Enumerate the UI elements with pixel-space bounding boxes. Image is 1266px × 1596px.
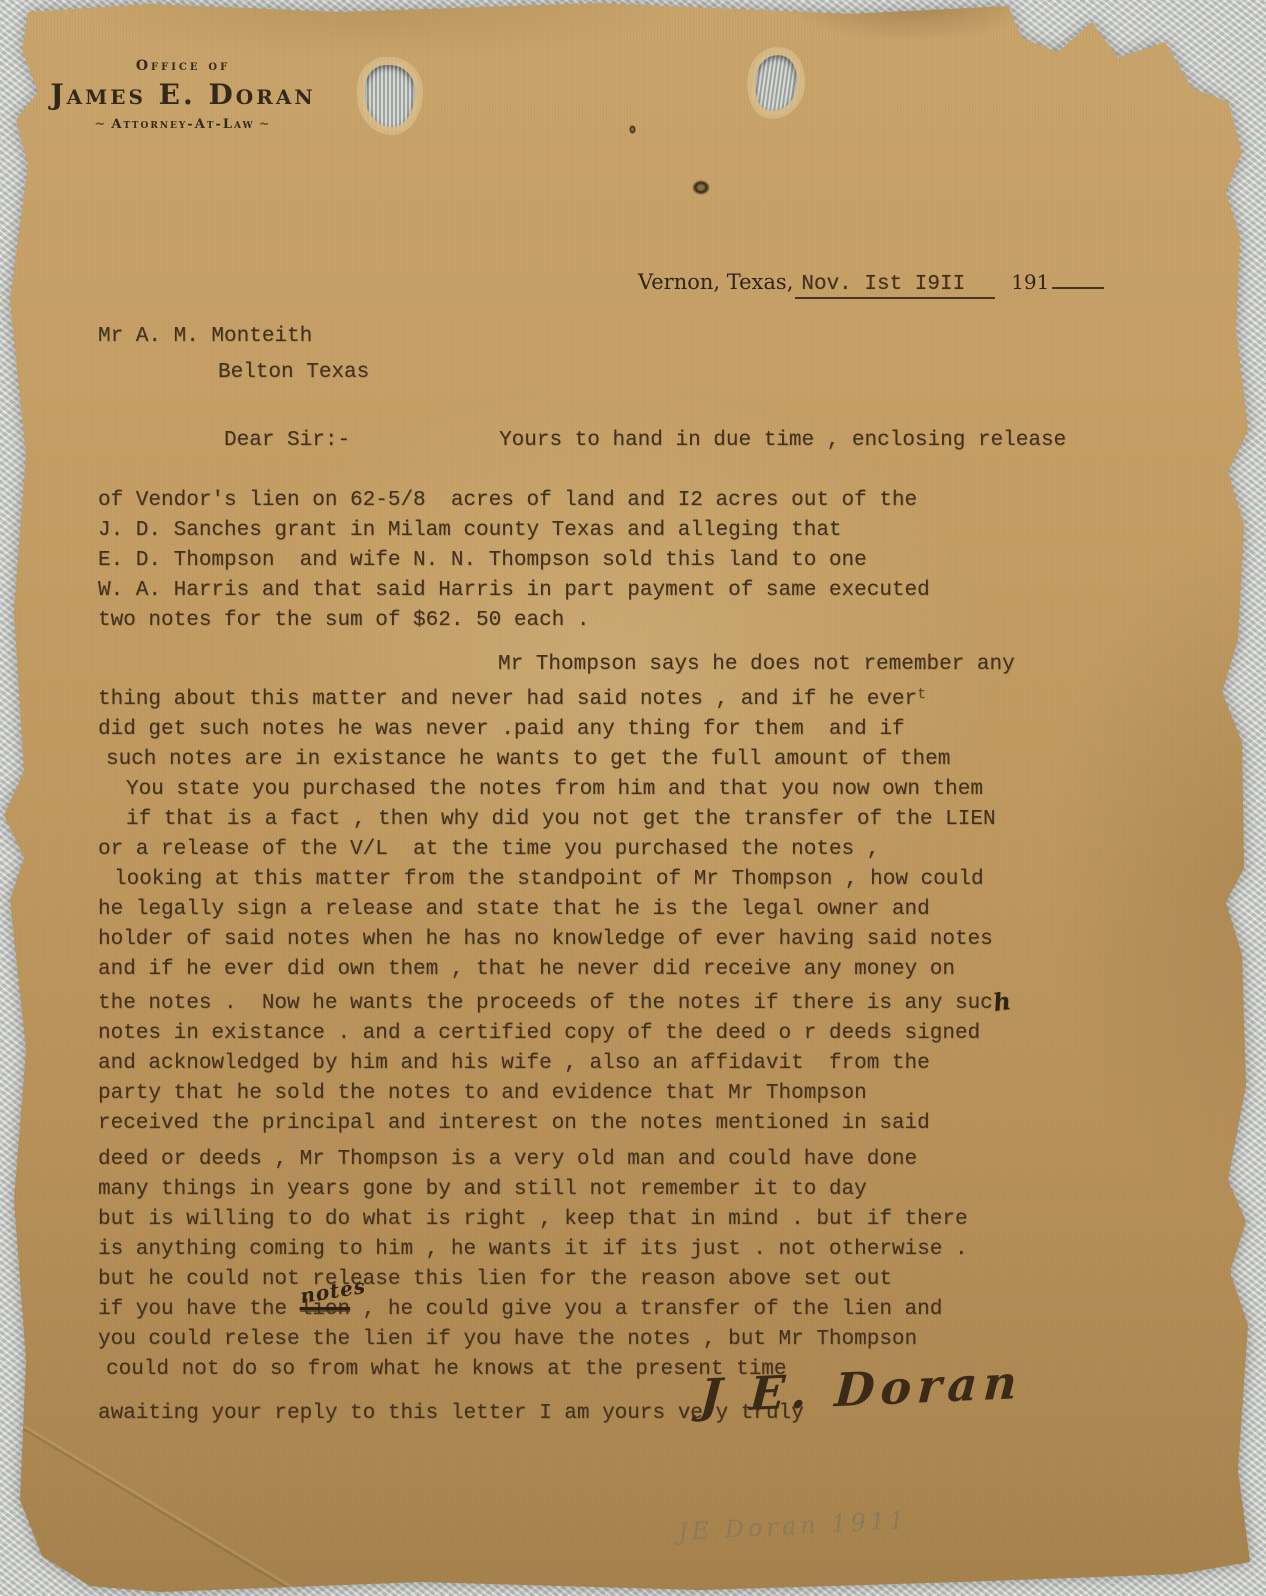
letterhead-office-of: Office of [48, 58, 318, 74]
body-line: but is willing to do what is right , kee… [98, 1205, 1158, 1235]
dateline-year-prefix: 191 [1011, 270, 1049, 294]
ink-dot-icon [629, 125, 636, 134]
body-line: looking at this matter from the standpoi… [114, 865, 1158, 895]
opening-text: Yours to hand in due time , enclosing re… [499, 429, 1066, 452]
body-line: if you have the liennotes , he could giv… [98, 1295, 1158, 1325]
handwritten-addition: h [991, 986, 1012, 1018]
scan-background: Office of James E. Doran ~Attorney-At-La… [0, 0, 1266, 1596]
dateline-place: Vernon, Texas, [638, 270, 793, 294]
ink-blot-icon [692, 180, 710, 195]
body-line: holder of said notes when he has no know… [98, 925, 1158, 955]
letter-paper: Office of James E. Doran ~Attorney-At-La… [0, 0, 1266, 1596]
letterhead-title-text: Attorney-At-Law [111, 117, 254, 132]
body-line: many things in years gone by and still n… [98, 1175, 1158, 1205]
body-line: and acknowledged by him and his wife , a… [98, 1049, 1158, 1079]
body-line: W. A. Harris and that said Harris in par… [98, 576, 1158, 606]
recipient-name: Mr A. M. Monteith [98, 322, 312, 352]
body-line: if that is a fact , then why did you not… [126, 805, 1158, 835]
body-line: is anything coming to him , he wants it … [98, 1235, 1158, 1265]
flourish-right-icon: ~ [255, 117, 276, 132]
body-line: You state you purchased the notes from h… [126, 775, 1158, 805]
dateline-typed-date: Nov. Ist I9II [795, 273, 995, 299]
body-line: such notes are in existance he wants to … [106, 745, 1158, 775]
punch-hole-right-icon [746, 47, 807, 120]
opening-line: Dear Sir:-Yours to hand in due time , en… [98, 396, 1158, 486]
letter-body: Dear Sir:-Yours to hand in due time , en… [98, 396, 1158, 1429]
letterhead: Office of James E. Doran ~Attorney-At-La… [48, 58, 318, 132]
pencil-note: JE Doran 1911 [677, 1506, 909, 1546]
body-line: the notes . Now he wants the proceeds of… [98, 985, 1158, 1019]
body-line: he legally sign a release and state that… [98, 895, 1158, 925]
body-line: but he could not release this lien for t… [98, 1265, 1158, 1295]
body-line: did get such notes he was never .paid an… [98, 715, 1158, 745]
body-line: Mr Thompson says he does not remember an… [498, 650, 1158, 680]
body-line: you could relese the lien if you have th… [98, 1325, 1158, 1355]
body-line: received the principal and interest on t… [98, 1109, 1158, 1139]
recipient-city: Belton Texas [218, 358, 369, 388]
body-line: notes in existance . and a certified cop… [98, 1019, 1158, 1049]
dateline: Vernon, Texas,Nov. Ist I9II191 [638, 270, 1104, 299]
body-line: of Vendor's lien on 62-5/8 acres of land… [98, 486, 1158, 516]
body-line: deed or deeds , Mr Thompson is a very ol… [98, 1145, 1158, 1175]
paper-crease [0, 1420, 310, 1596]
paper-shadow: Office of James E. Doran ~Attorney-At-La… [0, 0, 1266, 1596]
body-line: thing about this matter and never had sa… [98, 680, 1158, 715]
body-line: J. D. Sanches grant in Milam county Texa… [98, 516, 1158, 546]
body-line: and if he ever did own them , that he ne… [98, 955, 1158, 985]
letterhead-title: ~Attorney-At-Law~ [48, 117, 318, 132]
body-line: or a release of the V/L at the time you … [98, 835, 1158, 865]
body-line: two notes for the sum of $62. 50 each . [98, 606, 1158, 636]
dateline-blank-rule [1052, 271, 1104, 289]
salutation: Dear Sir:- [224, 429, 350, 452]
flourish-left-icon: ~ [90, 117, 111, 132]
letterhead-name: James E. Doran [48, 78, 318, 111]
body-line: party that he sold the notes to and evid… [98, 1079, 1158, 1109]
punch-hole-left-icon [360, 60, 420, 132]
body-line: E. D. Thompson and wife N. N. Thompson s… [98, 546, 1158, 576]
stray-typed-mark: t [917, 686, 926, 703]
